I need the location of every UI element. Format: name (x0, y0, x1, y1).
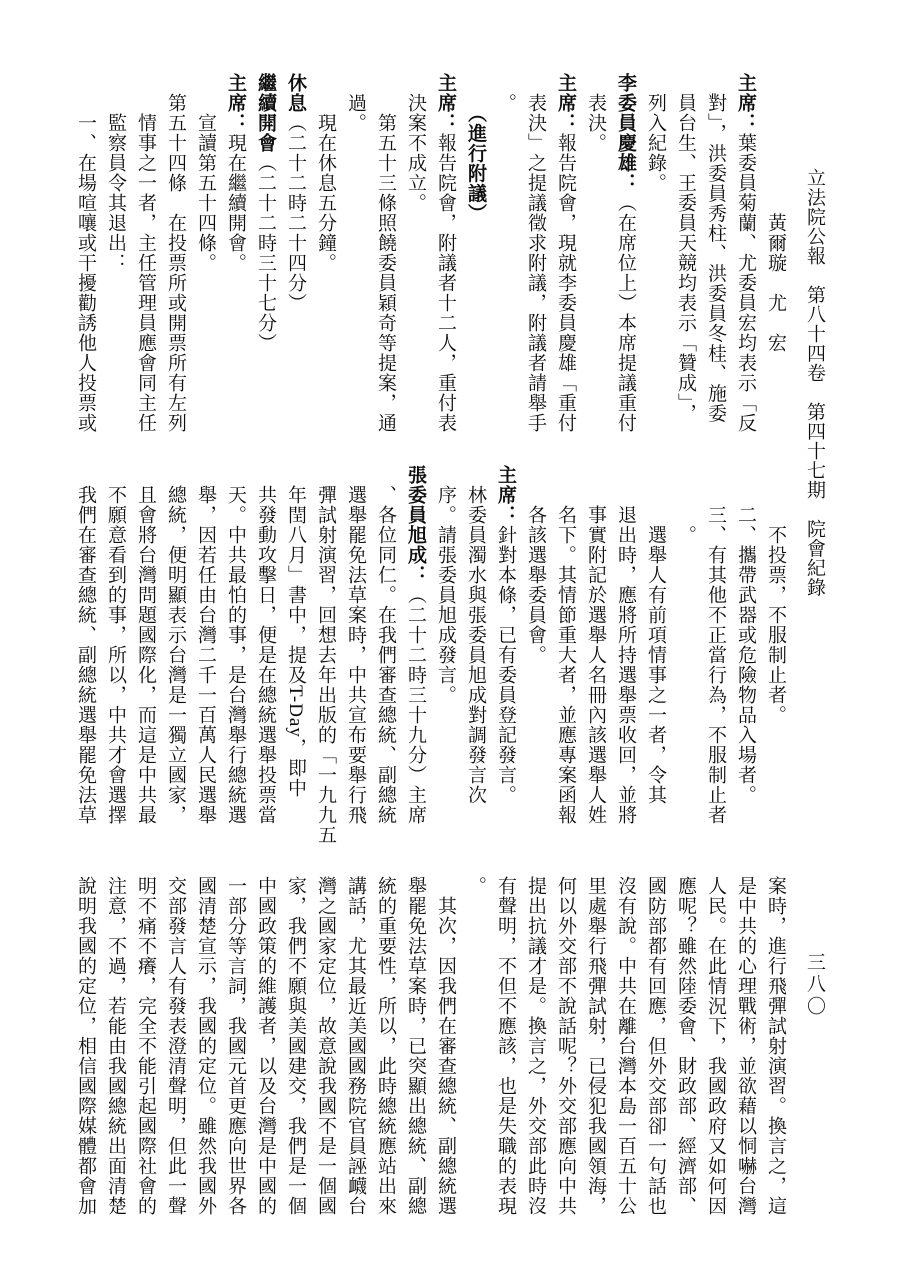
text-column: 三、有其他不正當行為，不服制止者 (700, 465, 730, 845)
text-column: 沒有說。中共在離台灣本島一百五十公 (610, 856, 640, 1240)
column-text: 案時，進行飛彈試射演習。換言之，這 (765, 856, 786, 1216)
column-text: 有聲明，不但不應該，也是失職的表現 (495, 856, 516, 1216)
text-column: 其次，因我們在審查總統、副總統選 (430, 856, 460, 1240)
column-text: 決案不成立。 (405, 73, 426, 213)
text-column: 列入紀錄。 (640, 73, 670, 458)
text-column: 說明我國的定位，相信國際媒體都會加 (70, 856, 100, 1240)
text-column: 統的重要性，所以，此時總統應站出來 (370, 856, 400, 1240)
column-text: 監察員令其退出： (105, 73, 126, 273)
text-column: 總統，便明顯表示台灣是一獨立國家， (160, 465, 190, 845)
column-text: 報告院會，附議者十二人，重付表 (435, 133, 456, 433)
speaker-or-heading: 主席： (735, 73, 756, 133)
text-column: 張委員旭成：（二十二時三十九分）主席 (400, 465, 430, 845)
column-text: 。 (675, 465, 696, 545)
speaker-or-heading: 主席： (495, 465, 516, 525)
speaker-or-heading: 張委員旭成： (405, 465, 426, 585)
text-column: 有聲明，不但不應該，也是失職的表現 (490, 856, 520, 1240)
text-column: 退出時，應將所持選舉票收回，並將 (610, 465, 640, 845)
text-column: 、各位同仁。在我們審查總統、副總統 (370, 465, 400, 845)
column-text: 國防部都有回應，但外交部卻一句話也 (645, 856, 666, 1216)
column-text: 葉委員菊蘭、尤委員宏均表示「反 (735, 133, 756, 433)
text-column: 情事之一者，主任管理員應會同主任 (130, 73, 160, 458)
column-text: 一部分等言詞，我國元首更應向世界各 (225, 856, 246, 1216)
text-column: 年閏八月」書中，提及T-Day，即中 (280, 465, 310, 845)
column-text: 第五十三條照饒委員穎奇等提案，通 (375, 73, 396, 433)
register-bottom: 案時，進行飛彈試射演習。換言之，這 是中共的心理戰術，並欲藉以恫嚇台灣 人民。在… (70, 856, 790, 1240)
column-text: 家，我們不願與美國建交，我們是一個 (285, 856, 306, 1216)
column-text: 退出時，應將所持選舉票收回，並將 (615, 465, 636, 825)
text-column: 我們在審查總統、副總統選舉罷免法草 (70, 465, 100, 845)
column-text: 不投票，不服制止者。 (765, 465, 786, 725)
column-text: 。 (465, 856, 486, 896)
text-column: 選舉人有前項情事之一者，令其 (640, 465, 670, 845)
column-text: 列入紀錄。 (645, 73, 666, 193)
column-text: 何以外交部不說話呢？外交部應向中共 (555, 856, 576, 1216)
text-column: 案時，進行飛彈試射演習。換言之，這 (760, 856, 790, 1240)
text-column: 決案不成立。 (400, 73, 430, 458)
column-text: 第五十四條 在投票所或開票所有左列 (165, 73, 186, 433)
text-column: 事實附記於選舉人名冊內該選舉人姓 (580, 465, 610, 845)
speaker-or-heading: 李委員慶雄： (615, 73, 636, 193)
column-text: 國清楚宣示，我國的定位。雖然我國外 (195, 856, 216, 1216)
text-column: 選舉罷免法草案時，中共宣布要舉行飛 (340, 465, 370, 845)
text-column: 國防部都有回應，但外交部卻一句話也 (640, 856, 670, 1240)
running-header: 立法院公報 第八十四卷 第四十七期 院會紀錄 (799, 168, 829, 618)
column-text: 員台生、王委員天競均表示「贊成」， (675, 73, 696, 424)
column-text: 里處舉行飛彈試射，已侵犯我國領海， (585, 856, 606, 1216)
text-column: 主席：葉委員菊蘭、尤委員宏均表示「反 (730, 73, 760, 458)
text-column: 李委員慶雄：（在席位上）本席提議重付 (610, 73, 640, 458)
column-text: 是中共的心理戰術，並欲藉以恫嚇台灣 (735, 856, 756, 1216)
column-text: 總統，便明顯表示台灣是一獨立國家， (165, 465, 186, 825)
text-column: 。 (460, 856, 490, 1240)
column-text: 對」，洪委員秀柱、洪委員冬桂、施委 (705, 73, 726, 424)
page-number: 三八〇 (799, 952, 829, 1042)
text-column: 不投票，不服制止者。 (760, 465, 790, 845)
text-column: 主席：報告院會，現就李委員慶雄「重付 (550, 73, 580, 458)
column-text: 二、攜帶武器或危險物品入場者。 (735, 465, 756, 805)
text-column: 何以外交部不說話呢？外交部應向中共 (550, 856, 580, 1240)
column-text: （二十二時三十七分） (255, 153, 276, 353)
text-column: 共發動攻擊日，便是在總統選舉投票當 (250, 465, 280, 845)
column-text: 講話，尤其最近美國國務院官員誣衊台 (345, 856, 366, 1216)
text-column: 主席：報告院會，附議者十二人，重付表 (430, 73, 460, 458)
text-column: 。 (670, 465, 700, 845)
column-text: 統的重要性，所以，此時總統應站出來 (375, 856, 396, 1216)
text-column: 注意，不過，若能由我國總統出面清楚 (100, 856, 130, 1240)
text-column: 灣之國家定位，故意說我國不是一個國 (310, 856, 340, 1240)
text-column: 里處舉行飛彈試射，已侵犯我國領海， (580, 856, 610, 1240)
column-text: 。 (495, 73, 516, 113)
column-text: 沒有說。中共在離台灣本島一百五十公 (615, 856, 636, 1216)
column-text: 彈試射演習，回想去年出版的「一九九五 (315, 465, 336, 845)
text-column: 主席：針對本條，已有委員登記發言。 (490, 465, 520, 845)
text-column: 中國政策的維護者，以及台灣是中國的 (250, 856, 280, 1240)
column-text: 選舉罷免法草案時，中共宣布要舉行飛 (345, 465, 366, 825)
column-text: 年閏八月」書中，提及T-Day，即中 (285, 465, 306, 798)
text-column: 休息（二十二時二十四分） (280, 73, 310, 458)
speaker-or-heading: 休息 (285, 73, 306, 113)
column-text: 現在繼續開會。 (225, 133, 246, 273)
text-column: 應呢？雖然陸委會、財政部、經濟部、 (670, 856, 700, 1240)
text-column: 舉罷免法草案時，已突顯出總統、副總 (400, 856, 430, 1240)
text-column: 講話，尤其最近美國國務院官員誣衊台 (340, 856, 370, 1240)
speaker-or-heading: 主席： (555, 73, 576, 133)
column-text: 舉，因若任由台灣二千一百萬人民選舉 (195, 465, 216, 825)
column-text: 其次，因我們在審查總統、副總統選 (435, 856, 456, 1216)
column-text: 各該選舉委員會。 (525, 465, 546, 665)
column-text: 明不痛不癢，完全不能引起國際社會的 (135, 856, 156, 1216)
text-column: 主席：現在繼續開會。 (220, 73, 250, 458)
column-text: 注意，不過，若能由我國總統出面清楚 (105, 856, 126, 1216)
column-text: 提出抗議才是。換言之，外交部此時沒 (525, 856, 546, 1216)
text-column: 黃爾璇 尤 宏 (760, 73, 790, 458)
text-column: 天。中共最怕的事，是台灣舉行總統選 (220, 465, 250, 845)
text-column: 序。請張委員旭成發言。 (430, 465, 460, 845)
text-column: 人民。在此情況下，我國政府又如何因 (700, 856, 730, 1240)
column-text: 三、有其他不正當行為，不服制止者 (705, 465, 726, 825)
text-column: 各該選舉委員會。 (520, 465, 550, 845)
text-column: 現在休息五分鐘。 (310, 73, 340, 458)
text-column: 一部分等言詞，我國元首更應向世界各 (220, 856, 250, 1240)
column-text: 且會將台灣問題國際化，而這是中共最 (135, 465, 156, 825)
text-column: 員台生、王委員天競均表示「贊成」， (670, 73, 700, 458)
column-text: 、各位同仁。在我們審查總統、副總統 (375, 465, 396, 825)
text-column: 對」，洪委員秀柱、洪委員冬桂、施委 (700, 73, 730, 458)
column-text: 舉罷免法草案時，已突顯出總統、副總 (405, 856, 426, 1216)
column-text: 宣讀第五十四條。 (195, 73, 216, 273)
text-column: 名下。其情節重大者，並應專案函報 (550, 465, 580, 845)
column-text: 交部發言人有發表澄清聲明，但此一聲 (165, 856, 186, 1216)
text-column: 交部發言人有發表澄清聲明，但此一聲 (160, 856, 190, 1240)
column-text: 我們在審查總統、副總統選舉罷免法草 (75, 465, 96, 825)
column-text: 林委員濁水與張委員旭成對調發言次 (465, 465, 486, 805)
column-text: 事實附記於選舉人名冊內該選舉人姓 (585, 465, 606, 825)
column-text: 現在休息五分鐘。 (315, 73, 336, 273)
text-column: 監察員令其退出： (100, 73, 130, 458)
text-column: 明不痛不癢，完全不能引起國際社會的 (130, 856, 160, 1240)
speaker-or-heading: 主席： (225, 73, 246, 133)
column-text: 針對本條，已有委員登記發言。 (495, 525, 516, 805)
column-text: 天。中共最怕的事，是台灣舉行總統選 (225, 465, 246, 825)
column-text: 過。 (345, 73, 366, 133)
column-text: 序。請張委員旭成發言。 (435, 465, 456, 705)
text-column: 提出抗議才是。換言之，外交部此時沒 (520, 856, 550, 1240)
text-column: 國清楚宣示，我國的定位。雖然我國外 (190, 856, 220, 1240)
column-text: （二十二時二十四分） (285, 113, 306, 313)
text-column: 表決」之提議徵求附議，附議者請舉手 (520, 73, 550, 458)
column-text: 共發動攻擊日，便是在總統選舉投票當 (255, 465, 276, 825)
speaker-or-heading: （進行附議） (465, 73, 486, 224)
column-text: 表決。 (585, 73, 606, 153)
text-column: 不願意看到的事，所以，中共才會選擇 (100, 465, 130, 845)
column-text: 報告院會，現就李委員慶雄「重付 (555, 133, 576, 433)
column-text: 黃爾璇 尤 宏 (765, 73, 786, 353)
column-text: 說明我國的定位，相信國際媒體都會加 (75, 856, 96, 1216)
text-column: 。 (490, 73, 520, 458)
column-text: 灣之國家定位，故意說我國不是一個國 (315, 856, 336, 1216)
text-column: 是中共的心理戰術，並欲藉以恫嚇台灣 (730, 856, 760, 1240)
text-column: 繼續開會（二十二時三十七分） (250, 73, 280, 458)
speaker-or-heading: 主席： (435, 73, 456, 133)
text-column: 彈試射演習，回想去年出版的「一九九五 (310, 465, 340, 845)
text-column: 宣讀第五十四條。 (190, 73, 220, 458)
column-text: （在席位上）本席提議重付 (615, 193, 636, 433)
text-column: 舉，因若任由台灣二千一百萬人民選舉 (190, 465, 220, 845)
column-text: 選舉人有前項情事之一者，令其 (645, 465, 666, 805)
column-text: 人民。在此情況下，我國政府又如何因 (705, 856, 726, 1216)
column-text: 不願意看到的事，所以，中共才會選擇 (105, 465, 126, 825)
text-column: 家，我們不願與美國建交，我們是一個 (280, 856, 310, 1240)
text-column: 過。 (340, 73, 370, 458)
text-column: 第五十四條 在投票所或開票所有左列 (160, 73, 190, 458)
text-column: 林委員濁水與張委員旭成對調發言次 (460, 465, 490, 845)
column-text: （二十二時三十九分）主席 (405, 585, 426, 825)
register-middle: 不投票，不服制止者。 二、攜帶武器或危險物品入場者。 三、有其他不正當行為，不服… (70, 465, 790, 845)
text-column: 一、在場喧嚷或干擾勸誘他人投票或 (70, 73, 100, 458)
column-text: 一、在場喧嚷或干擾勸誘他人投票或 (75, 73, 96, 433)
column-text: 中國政策的維護者，以及台灣是中國的 (255, 856, 276, 1216)
column-text: 名下。其情節重大者，並應專案函報 (555, 465, 576, 825)
gazette-page: 立法院公報 第八十四卷 第四十七期 院會紀錄 三八〇 黃爾璇 尤 宏主席：葉委員… (0, 0, 908, 1280)
speaker-or-heading: 繼續開會 (255, 73, 276, 153)
text-column: 第五十三條照饒委員穎奇等提案，通 (370, 73, 400, 458)
text-column: 表決。 (580, 73, 610, 458)
column-text: 應呢？雖然陸委會、財政部、經濟部、 (675, 856, 696, 1216)
text-column: 二、攜帶武器或危險物品入場者。 (730, 465, 760, 845)
text-column: （進行附議） (460, 73, 490, 458)
register-top: 黃爾璇 尤 宏主席：葉委員菊蘭、尤委員宏均表示「反 對」，洪委員秀柱、洪委員冬桂… (70, 73, 790, 458)
column-text: 情事之一者，主任管理員應會同主任 (135, 73, 156, 433)
column-text: 表決」之提議徵求附議，附議者請舉手 (525, 73, 546, 433)
text-column: 且會將台灣問題國際化，而這是中共最 (130, 465, 160, 845)
